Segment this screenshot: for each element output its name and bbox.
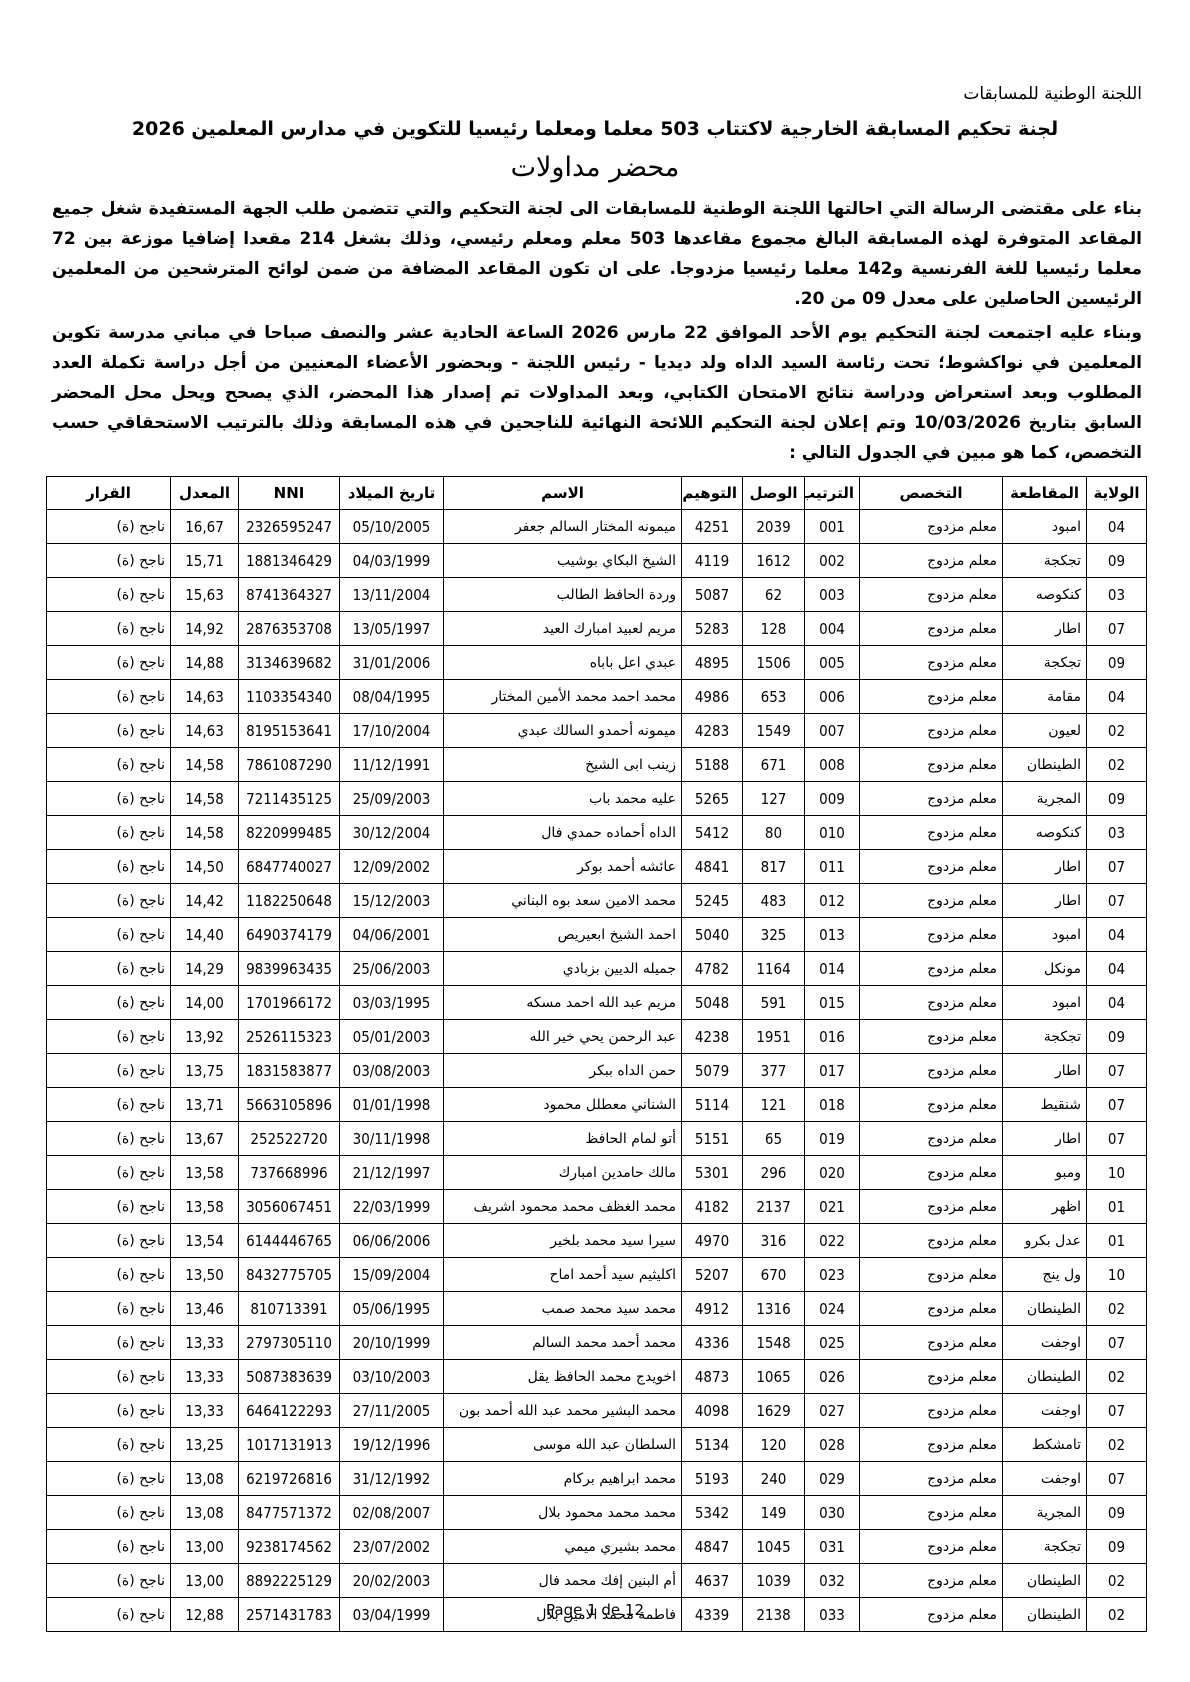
cell-nni: 5087383639: [239, 1360, 340, 1394]
cell-decision: ناجح (ة): [47, 1496, 171, 1530]
cell-decision: ناجح (ة): [47, 578, 171, 612]
cell-moughataa: اطار: [1003, 850, 1087, 884]
cell-average: 13,33: [171, 1360, 239, 1394]
cell-rank: 001: [805, 510, 860, 544]
header-average: المعدل: [171, 477, 239, 510]
cell-name: عائشه أحمد بوكر: [444, 850, 682, 884]
cell-wilaya: 07: [1087, 884, 1147, 918]
document-subtitle: محضر مداولات: [0, 152, 1190, 183]
cell-receipt: 1065: [743, 1360, 805, 1394]
table-row: 09المجريةمعلم مزدوج0301495342محمد محمد م…: [47, 1496, 1147, 1530]
cell-specialty: معلم مزدوج: [860, 578, 1003, 612]
cell-moughataa: امبود: [1003, 986, 1087, 1020]
cell-rank: 023: [805, 1258, 860, 1292]
cell-wilaya: 01: [1087, 1224, 1147, 1258]
cell-code: 4098: [682, 1394, 743, 1428]
cell-moughataa: كنكوصه: [1003, 816, 1087, 850]
cell-birth-date: 04/06/2001: [340, 918, 444, 952]
cell-moughataa: الطينطان: [1003, 1564, 1087, 1598]
cell-wilaya: 09: [1087, 1530, 1147, 1564]
cell-code: 5283: [682, 612, 743, 646]
cell-decision: ناجح (ة): [47, 850, 171, 884]
cell-name: عبدي اعل باباه: [444, 646, 682, 680]
table-row: 07اطارمعلم مزدوج0124835245محمد الامين سع…: [47, 884, 1147, 918]
cell-wilaya: 02: [1087, 1428, 1147, 1462]
cell-average: 14,58: [171, 748, 239, 782]
cell-name: محمد محمد محمود بلال: [444, 1496, 682, 1530]
cell-name: محمد البشير محمد عبد الله أحمد بون: [444, 1394, 682, 1428]
cell-rank: 031: [805, 1530, 860, 1564]
table-row: 07اوجفتمعلم مزدوج02716294098محمد البشير …: [47, 1394, 1147, 1428]
cell-specialty: معلم مزدوج: [860, 1496, 1003, 1530]
cell-birth-date: 05/10/2005: [340, 510, 444, 544]
cell-birth-date: 20/10/1999: [340, 1326, 444, 1360]
cell-decision: ناجح (ة): [47, 1122, 171, 1156]
cell-receipt: 240: [743, 1462, 805, 1496]
cell-specialty: معلم مزدوج: [860, 816, 1003, 850]
cell-average: 13,58: [171, 1156, 239, 1190]
cell-average: 14,58: [171, 816, 239, 850]
cell-decision: ناجح (ة): [47, 1428, 171, 1462]
cell-rank: 002: [805, 544, 860, 578]
table-row: 04امبودمعلم مزدوج0155915048مريم عبد الله…: [47, 986, 1147, 1020]
cell-average: 13,75: [171, 1054, 239, 1088]
cell-specialty: معلم مزدوج: [860, 510, 1003, 544]
cell-wilaya: 09: [1087, 782, 1147, 816]
cell-receipt: 377: [743, 1054, 805, 1088]
cell-name: محمد ابراهيم بركام: [444, 1462, 682, 1496]
cell-decision: ناجح (ة): [47, 1530, 171, 1564]
cell-birth-date: 31/12/1992: [340, 1462, 444, 1496]
cell-specialty: معلم مزدوج: [860, 680, 1003, 714]
cell-name: مالك حامدين امبارك: [444, 1156, 682, 1190]
cell-birth-date: 02/08/2007: [340, 1496, 444, 1530]
cell-receipt: 1951: [743, 1020, 805, 1054]
cell-name: أم البنين إفك محمد فال: [444, 1564, 682, 1598]
cell-specialty: معلم مزدوج: [860, 782, 1003, 816]
cell-name: أتو لمام الحافظ: [444, 1122, 682, 1156]
cell-wilaya: 04: [1087, 918, 1147, 952]
cell-receipt: 1629: [743, 1394, 805, 1428]
cell-decision: ناجح (ة): [47, 680, 171, 714]
cell-receipt: 2137: [743, 1190, 805, 1224]
cell-moughataa: اطار: [1003, 1122, 1087, 1156]
cell-nni: 8220999485: [239, 816, 340, 850]
cell-nni: 2326595247: [239, 510, 340, 544]
cell-specialty: معلم مزدوج: [860, 986, 1003, 1020]
cell-nni: 1103354340: [239, 680, 340, 714]
table-row: 02لعيونمعلم مزدوج00715494283ميمونه أحمدو…: [47, 714, 1147, 748]
cell-birth-date: 25/09/2003: [340, 782, 444, 816]
cell-nni: 2876353708: [239, 612, 340, 646]
cell-moughataa: اطار: [1003, 884, 1087, 918]
table-row: 03كنكوصهمعلم مزدوج003625087وردة الحافظ ا…: [47, 578, 1147, 612]
table-row: 09تجكجةمعلم مزدوج00515064895عبدي اعل باب…: [47, 646, 1147, 680]
cell-decision: ناجح (ة): [47, 1394, 171, 1428]
cell-specialty: معلم مزدوج: [860, 544, 1003, 578]
cell-specialty: معلم مزدوج: [860, 1258, 1003, 1292]
cell-specialty: معلم مزدوج: [860, 1530, 1003, 1564]
cell-code: 5048: [682, 986, 743, 1020]
cell-birth-date: 05/06/1995: [340, 1292, 444, 1326]
cell-specialty: معلم مزدوج: [860, 1122, 1003, 1156]
cell-birth-date: 15/09/2004: [340, 1258, 444, 1292]
cell-name: الشيخ البكاي بوشيب: [444, 544, 682, 578]
cell-code: 4841: [682, 850, 743, 884]
cell-nni: 6490374179: [239, 918, 340, 952]
cell-receipt: 1506: [743, 646, 805, 680]
cell-receipt: 316: [743, 1224, 805, 1258]
cell-decision: ناجح (ة): [47, 1258, 171, 1292]
cell-specialty: معلم مزدوج: [860, 1360, 1003, 1394]
cell-wilaya: 07: [1087, 1326, 1147, 1360]
cell-name: محمد أحمد محمد السالم: [444, 1326, 682, 1360]
cell-birth-date: 12/09/2002: [340, 850, 444, 884]
cell-wilaya: 09: [1087, 544, 1147, 578]
cell-rank: 025: [805, 1326, 860, 1360]
cell-rank: 030: [805, 1496, 860, 1530]
table-row: 01اظهرمعلم مزدوج02121374182محمد الغظف مح…: [47, 1190, 1147, 1224]
cell-average: 13,67: [171, 1122, 239, 1156]
cell-receipt: 591: [743, 986, 805, 1020]
cell-moughataa: تجكجة: [1003, 1530, 1087, 1564]
cell-wilaya: 03: [1087, 578, 1147, 612]
cell-name: اكليثيم سيد أحمد اماح: [444, 1258, 682, 1292]
cell-average: 13,00: [171, 1530, 239, 1564]
cell-wilaya: 07: [1087, 1088, 1147, 1122]
cell-wilaya: 04: [1087, 986, 1147, 1020]
cell-birth-date: 30/11/1998: [340, 1122, 444, 1156]
cell-decision: ناجح (ة): [47, 884, 171, 918]
cell-birth-date: 22/03/1999: [340, 1190, 444, 1224]
header-name: الاسم: [444, 477, 682, 510]
cell-name: الداه أحماده حمدي فال: [444, 816, 682, 850]
cell-receipt: 65: [743, 1122, 805, 1156]
cell-moughataa: شنقيط: [1003, 1088, 1087, 1122]
cell-receipt: 62: [743, 578, 805, 612]
cell-name: سيرا سيد محمد بلخير: [444, 1224, 682, 1258]
cell-specialty: معلم مزدوج: [860, 884, 1003, 918]
cell-name: ميمونه أحمدو السالك عبدي: [444, 714, 682, 748]
cell-average: 14,63: [171, 714, 239, 748]
cell-code: 4336: [682, 1326, 743, 1360]
cell-specialty: معلم مزدوج: [860, 1326, 1003, 1360]
cell-rank: 010: [805, 816, 860, 850]
cell-average: 13,92: [171, 1020, 239, 1054]
cell-receipt: 1045: [743, 1530, 805, 1564]
cell-decision: ناجح (ة): [47, 1462, 171, 1496]
header-receipt: الوصل: [743, 477, 805, 510]
cell-moughataa: لعيون: [1003, 714, 1087, 748]
table-row: 07اطارمعلم مزدوج0173775079حمن الداه ببكر…: [47, 1054, 1147, 1088]
cell-average: 13,33: [171, 1326, 239, 1360]
cell-code: 5087: [682, 578, 743, 612]
cell-nni: 6219726816: [239, 1462, 340, 1496]
cell-moughataa: ول ينج: [1003, 1258, 1087, 1292]
cell-rank: 016: [805, 1020, 860, 1054]
cell-birth-date: 01/01/1998: [340, 1088, 444, 1122]
table-row: 07اوجفتمعلم مزدوج0292405193محمد ابراهيم …: [47, 1462, 1147, 1496]
cell-rank: 017: [805, 1054, 860, 1088]
cell-decision: ناجح (ة): [47, 510, 171, 544]
cell-code: 5245: [682, 884, 743, 918]
cell-birth-date: 30/12/2004: [340, 816, 444, 850]
cell-code: 4873: [682, 1360, 743, 1394]
cell-specialty: معلم مزدوج: [860, 748, 1003, 782]
cell-moughataa: اطار: [1003, 612, 1087, 646]
cell-nni: 8195153641: [239, 714, 340, 748]
header-specialty: التخصص: [860, 477, 1003, 510]
cell-receipt: 128: [743, 612, 805, 646]
cell-average: 14,29: [171, 952, 239, 986]
cell-code: 4119: [682, 544, 743, 578]
cell-rank: 026: [805, 1360, 860, 1394]
cell-name: محمد احمد محمد الأمين المختار: [444, 680, 682, 714]
cell-specialty: معلم مزدوج: [860, 1088, 1003, 1122]
cell-rank: 018: [805, 1088, 860, 1122]
cell-moughataa: امبود: [1003, 918, 1087, 952]
cell-moughataa: الطينطان: [1003, 1360, 1087, 1394]
cell-receipt: 1316: [743, 1292, 805, 1326]
results-table: الولاية المقاطعة التخصص الترتيب الوصل ال…: [46, 476, 1147, 1632]
cell-name: زينب ابى الشيخ: [444, 748, 682, 782]
document-title: لجنة تحكيم المسابقة الخارجية لاكتتاب 503…: [0, 118, 1190, 140]
header-decision: القرار: [47, 477, 171, 510]
cell-specialty: معلم مزدوج: [860, 612, 1003, 646]
meeting-paragraph: وبناء عليه اجتمعت لجنة التحكيم يوم الأحد…: [52, 318, 1142, 468]
cell-average: 14,58: [171, 782, 239, 816]
cell-nni: 7861087290: [239, 748, 340, 782]
cell-nni: 1831583877: [239, 1054, 340, 1088]
cell-receipt: 149: [743, 1496, 805, 1530]
cell-rank: 022: [805, 1224, 860, 1258]
cell-specialty: معلم مزدوج: [860, 1292, 1003, 1326]
cell-receipt: 2039: [743, 510, 805, 544]
header-code: التوهيم: [682, 477, 743, 510]
cell-wilaya: 02: [1087, 1564, 1147, 1598]
cell-nni: 1182250648: [239, 884, 340, 918]
table-row: 04امبودمعلم مزدوج0133255040احمد الشيخ اب…: [47, 918, 1147, 952]
cell-average: 13,08: [171, 1496, 239, 1530]
cell-code: 4847: [682, 1530, 743, 1564]
cell-wilaya: 01: [1087, 1190, 1147, 1224]
cell-wilaya: 03: [1087, 816, 1147, 850]
cell-rank: 014: [805, 952, 860, 986]
cell-decision: ناجح (ة): [47, 1564, 171, 1598]
table-row: 09المجريةمعلم مزدوج0091275265عليه محمد ب…: [47, 782, 1147, 816]
cell-code: 4182: [682, 1190, 743, 1224]
cell-moughataa: اوجفت: [1003, 1394, 1087, 1428]
cell-name: ميمونه المختار السالم جعفر: [444, 510, 682, 544]
cell-name: احمد الشيخ ابعيريص: [444, 918, 682, 952]
cell-specialty: معلم مزدوج: [860, 952, 1003, 986]
cell-nni: 1881346429: [239, 544, 340, 578]
cell-nni: 9839963435: [239, 952, 340, 986]
cell-nni: 810713391: [239, 1292, 340, 1326]
cell-wilaya: 09: [1087, 646, 1147, 680]
cell-specialty: معلم مزدوج: [860, 1462, 1003, 1496]
cell-wilaya: 02: [1087, 714, 1147, 748]
cell-rank: 005: [805, 646, 860, 680]
table-row: 04مونكلمعلم مزدوج01411644782جميله الديين…: [47, 952, 1147, 986]
cell-moughataa: عدل بكرو: [1003, 1224, 1087, 1258]
cell-average: 14,88: [171, 646, 239, 680]
cell-wilaya: 10: [1087, 1258, 1147, 1292]
cell-birth-date: 27/11/2005: [340, 1394, 444, 1428]
cell-birth-date: 23/07/2002: [340, 1530, 444, 1564]
cell-code: 4637: [682, 1564, 743, 1598]
cell-nni: 2526115323: [239, 1020, 340, 1054]
cell-decision: ناجح (ة): [47, 1326, 171, 1360]
cell-receipt: 1548: [743, 1326, 805, 1360]
cell-birth-date: 04/03/1999: [340, 544, 444, 578]
cell-birth-date: 25/06/2003: [340, 952, 444, 986]
cell-code: 4986: [682, 680, 743, 714]
cell-nni: 8741364327: [239, 578, 340, 612]
cell-average: 14,50: [171, 850, 239, 884]
cell-wilaya: 09: [1087, 1496, 1147, 1530]
cell-nni: 8477571372: [239, 1496, 340, 1530]
cell-name: الشناني معطلل محمود: [444, 1088, 682, 1122]
cell-specialty: معلم مزدوج: [860, 918, 1003, 952]
cell-decision: ناجح (ة): [47, 544, 171, 578]
cell-decision: ناجح (ة): [47, 986, 171, 1020]
cell-rank: 009: [805, 782, 860, 816]
cell-rank: 032: [805, 1564, 860, 1598]
cell-decision: ناجح (ة): [47, 918, 171, 952]
table-row: 07اطارمعلم مزدوج0041285283مريم لعبيد امب…: [47, 612, 1147, 646]
cell-name: مريم عبد الله احمد مسكه: [444, 986, 682, 1020]
cell-code: 5207: [682, 1258, 743, 1292]
cell-rank: 028: [805, 1428, 860, 1462]
cell-decision: ناجح (ة): [47, 1054, 171, 1088]
header-nni: NNI: [239, 477, 340, 510]
cell-moughataa: امبود: [1003, 510, 1087, 544]
cell-moughataa: المجرية: [1003, 1496, 1087, 1530]
cell-code: 5188: [682, 748, 743, 782]
cell-moughataa: كنكوصه: [1003, 578, 1087, 612]
cell-wilaya: 07: [1087, 612, 1147, 646]
cell-receipt: 1549: [743, 714, 805, 748]
cell-nni: 3134639682: [239, 646, 340, 680]
cell-birth-date: 03/10/2003: [340, 1360, 444, 1394]
cell-specialty: معلم مزدوج: [860, 1428, 1003, 1462]
cell-average: 16,67: [171, 510, 239, 544]
cell-name: مريم لعبيد امبارك العيد: [444, 612, 682, 646]
cell-decision: ناجح (ة): [47, 646, 171, 680]
table-row: 09تجكجةمعلم مزدوج01619514238عبد الرحمن ي…: [47, 1020, 1147, 1054]
cell-birth-date: 20/02/2003: [340, 1564, 444, 1598]
cell-nni: 8432775705: [239, 1258, 340, 1292]
cell-birth-date: 11/12/1991: [340, 748, 444, 782]
cell-specialty: معلم مزدوج: [860, 1564, 1003, 1598]
cell-specialty: معلم مزدوج: [860, 1190, 1003, 1224]
cell-nni: 5663105896: [239, 1088, 340, 1122]
cell-average: 13,71: [171, 1088, 239, 1122]
cell-wilaya: 07: [1087, 1054, 1147, 1088]
table-row: 01عدل بكرومعلم مزدوج0223164970سيرا سيد م…: [47, 1224, 1147, 1258]
cell-rank: 019: [805, 1122, 860, 1156]
cell-average: 13,58: [171, 1190, 239, 1224]
table-row: 10ومبومعلم مزدوج0202965301مالك حامدين ام…: [47, 1156, 1147, 1190]
cell-receipt: 817: [743, 850, 805, 884]
cell-receipt: 80: [743, 816, 805, 850]
cell-wilaya: 09: [1087, 1020, 1147, 1054]
cell-rank: 020: [805, 1156, 860, 1190]
cell-specialty: معلم مزدوج: [860, 850, 1003, 884]
cell-moughataa: تجكجة: [1003, 646, 1087, 680]
cell-code: 5342: [682, 1496, 743, 1530]
cell-average: 13,00: [171, 1564, 239, 1598]
cell-average: 13,33: [171, 1394, 239, 1428]
cell-nni: 9238174562: [239, 1530, 340, 1564]
cell-birth-date: 15/12/2003: [340, 884, 444, 918]
cell-receipt: 121: [743, 1088, 805, 1122]
cell-name: محمد سيد محمد صمب: [444, 1292, 682, 1326]
cell-name: محمد بشيري ميمي: [444, 1530, 682, 1564]
cell-receipt: 120: [743, 1428, 805, 1462]
table-row: 04مقامةمعلم مزدوج0066534986محمد احمد محم…: [47, 680, 1147, 714]
cell-wilaya: 07: [1087, 850, 1147, 884]
cell-rank: 007: [805, 714, 860, 748]
table-row: 02الطينطانمعلم مزدوج02413164912محمد سيد …: [47, 1292, 1147, 1326]
cell-specialty: معلم مزدوج: [860, 1054, 1003, 1088]
cell-wilaya: 04: [1087, 510, 1147, 544]
table-row: 07اوجفتمعلم مزدوج02515484336محمد أحمد مح…: [47, 1326, 1147, 1360]
cell-receipt: 671: [743, 748, 805, 782]
cell-moughataa: اوجفت: [1003, 1326, 1087, 1360]
cell-name: محمد الغظف محمد محمود اشريف: [444, 1190, 682, 1224]
cell-name: السلطان عبد الله موسى: [444, 1428, 682, 1462]
table-row: 02الطينطانمعلم مزدوج03210394637أم البنين…: [47, 1564, 1147, 1598]
cell-receipt: 127: [743, 782, 805, 816]
cell-nni: 7211435125: [239, 782, 340, 816]
header-rank: الترتيب: [805, 477, 860, 510]
cell-nni: 1017131913: [239, 1428, 340, 1462]
cell-rank: 006: [805, 680, 860, 714]
cell-decision: ناجح (ة): [47, 782, 171, 816]
cell-code: 4283: [682, 714, 743, 748]
cell-code: 4238: [682, 1020, 743, 1054]
cell-average: 15,71: [171, 544, 239, 578]
cell-receipt: 483: [743, 884, 805, 918]
cell-code: 5412: [682, 816, 743, 850]
cell-nni: 6144446765: [239, 1224, 340, 1258]
cell-decision: ناجح (ة): [47, 1224, 171, 1258]
cell-rank: 021: [805, 1190, 860, 1224]
cell-average: 13,50: [171, 1258, 239, 1292]
cell-wilaya: 07: [1087, 1394, 1147, 1428]
cell-wilaya: 10: [1087, 1156, 1147, 1190]
cell-code: 5134: [682, 1428, 743, 1462]
cell-rank: 013: [805, 918, 860, 952]
cell-decision: ناجح (ة): [47, 1156, 171, 1190]
cell-birth-date: 19/12/1996: [340, 1428, 444, 1462]
cell-code: 4912: [682, 1292, 743, 1326]
table-body: 04امبودمعلم مزدوج00120394251ميمونه المخت…: [47, 510, 1147, 1632]
cell-rank: 024: [805, 1292, 860, 1326]
cell-wilaya: 04: [1087, 952, 1147, 986]
cell-code: 5114: [682, 1088, 743, 1122]
intro-paragraph: بناء على مقتضى الرسالة التي احالتها اللج…: [52, 194, 1142, 314]
cell-nni: 3056067451: [239, 1190, 340, 1224]
cell-nni: 1701966172: [239, 986, 340, 1020]
cell-wilaya: 02: [1087, 1292, 1147, 1326]
cell-birth-date: 13/05/1997: [340, 612, 444, 646]
cell-rank: 027: [805, 1394, 860, 1428]
cell-decision: ناجح (ة): [47, 816, 171, 850]
cell-average: 14,00: [171, 986, 239, 1020]
